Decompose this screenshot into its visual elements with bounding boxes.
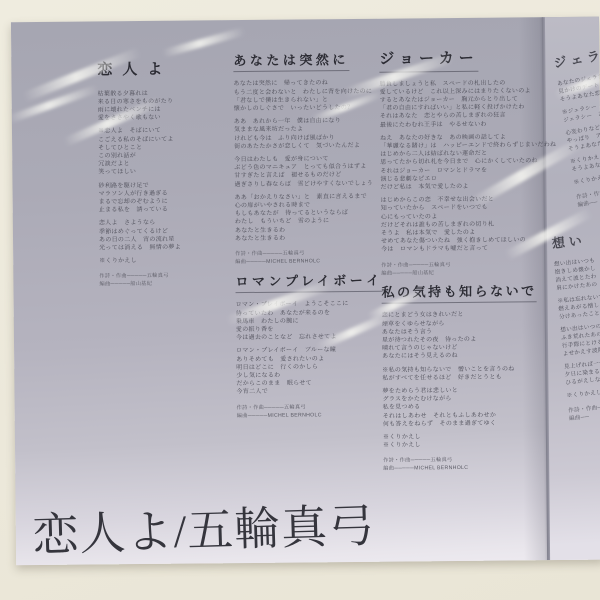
lyric-stanza: 勝負しましょうと私 スペードの札出したの愛しているけど これ以上深みにはまりたく… (379, 79, 531, 130)
lyric-stanza: 夢をためらう君は悲しいとグラスをかたむけながら私を見つめるそれはしあわせ それと… (382, 386, 544, 429)
lyric-stanza: 砂利路を駆け足でマラソン人が行き過ぎるまるで忘却のぞむように止まる私を 誘ってい… (98, 181, 240, 215)
song-title: ジェラ (552, 38, 600, 74)
lyric-line: 笑ってほしい (98, 167, 240, 177)
lyric-stanza: ああ「おかえりなさい」と 素直に言えるまで心の扉がいやされる時までもしもあなたが… (235, 192, 387, 243)
lyric-line: 今宵二人で (236, 387, 388, 397)
lyric-stanza: 今日はわたしも 愛が身についてぶどう色のマニキュア とっても似合うはずよ甘すぎた… (234, 155, 386, 189)
song-credits: 作詩・作曲─────五輪真弓編曲─────MICHEL BERNHOLC (235, 249, 387, 266)
lyric-stanza: 恋にとまどう女はきれいだと煙草をくゆらせながらあなたはそう言う星が待つれたその夜… (382, 310, 544, 361)
song-lyrics: ロマン・プレイボーイ ようこそここに待っていたわ あなたが来るのを乗馬車 わたし… (236, 300, 389, 397)
song-title: 恋人よ (97, 62, 172, 82)
sheet-footer-title: 恋人よ/五輪真弓 (32, 489, 377, 565)
song-omoi-partial: 想い 想い出はいつも抱きしめ懐かし消えて波とたわ肩にかけたあの※私は忘れないで燃… (550, 213, 600, 423)
credit-line: 編曲─────船山基紀 (381, 268, 533, 277)
lyric-line: 今は過去のことなど 忘れさせてよ (236, 333, 388, 343)
lyric-sheet-insert: ジェラ あなたのジェラシー見かけのデートもそうよあなた恋し※ジェラシー そんジェ… (11, 17, 600, 566)
lyric-stanza: ※くりかえし※くりかえし (383, 432, 545, 450)
lyric-stanza: 想い出はいつも抱きしめ懐かし消えて波とたわ肩にかけたあの (554, 252, 600, 293)
lyric-stanza: ※恋人よ そばにいてこごえる私のそばにいてよそしてひとことこの別れ話が冗談だよと… (98, 126, 240, 177)
credit-line: 編曲─────船山基紀 (99, 279, 241, 288)
lyric-stanza: あなたは突然に 帰ってきたのねもう二度と会わないと わたしに背を向けたのに「君な… (233, 79, 385, 113)
song-lyrics: あなたは突然に 帰ってきたのねもう二度と会わないと わたしに背を向けたのに「君な… (233, 79, 387, 243)
song-credits: 作詩・作曲─────五輪真弓編曲─────船山基紀 (381, 260, 533, 277)
lyric-stanza: ※私の気持も知らないで 憎いことを言うのね私がすべてを任せるほど 好きだとうとも (382, 365, 544, 383)
credit-line: 編曲─────MICHEL BERNHOLC (237, 410, 389, 419)
song-title: 私の気持も知らないで (381, 284, 536, 304)
song-title: あなたは突然に (233, 53, 349, 72)
lyric-line: 光っては消える 無情の夢よ (99, 243, 241, 253)
song-credits: 作詩・作曲─────五輪真弓編曲─────船山基紀 (99, 271, 241, 288)
lyric-stanza: 恋人よ さようなら季節はめぐってくるけどあの日の二人 宵の流れ星光っては消える … (99, 218, 241, 252)
credit-line: 編曲─────MICHEL BERNHOLC (235, 257, 387, 266)
lyric-stanza: ねえ あなたの好きな あの映画の話してよ「華麗なる賭け」は ハッピーエンドで終わ… (380, 133, 533, 192)
song-koibito-yo: 恋人よ 枯葉散る夕暮れは来る日の寒さをものがたり雨に壊れたベンチには愛をささやく… (97, 60, 241, 289)
lyric-line: 思ってたから切れ札を今日まで 心にかくしていたのね (380, 158, 532, 168)
lyric-line: 懐かしのしぐさで いったいどうしたの？ (234, 104, 386, 114)
lyric-line: ※くりかえし (99, 256, 241, 266)
lyric-line: ※くりかえし (383, 440, 545, 450)
lyric-line: 街のあたたかさが恋しくて 気づいたんだよ (234, 141, 386, 151)
lyric-stanza: ※くりかえし (99, 256, 241, 266)
song-title: ロマンプレイボーイ (235, 274, 383, 294)
lyric-stanza: 見上げれば一つ夕日に染まる空ひるがえしなん (564, 355, 600, 388)
lyric-stanza: ああ あれから一年 僕は自由になり気ままな風来坊だったよけれども今は ふり向けば… (234, 117, 386, 151)
lyric-stanza: 枯葉散る夕暮れは来る日の寒さをものがたり雨に壊れたベンチには愛をささやく歌もない (98, 89, 240, 123)
lyric-line: 過ぎさりし春ならば 雪どけやすくないでしょう (234, 179, 386, 189)
song-lyrics: 勝負しましょうと私 スペードの札出したの愛しているけど これ以上深みにはまりたく… (379, 79, 533, 255)
lyric-stanza: はじめからこの恋 不幸せな出会いだと知っていたから スペードをいつでも心にもって… (381, 195, 534, 254)
lyric-line: 何も答えをねらず そのまま過ぎてゆく (383, 419, 545, 429)
lyric-line: あなたと生きるわ (235, 233, 387, 243)
photo-background: ジェラ あなたのジェラシー見かけのデートもそうよあなた恋し※ジェラシー そんジェ… (0, 0, 600, 600)
lyric-stanza: ロマン・プレイボーイ ようこそここに待っていたわ あなたが来るのを乗馬車 わたし… (236, 300, 388, 342)
lyric-line: 止まる私を 誘っている (99, 205, 241, 215)
lyric-stanza: 想い出はいつのふき荒れたあの行手際にとけるよせかえす波際 (560, 318, 600, 359)
lyric-line: だけど私は 本気で愛したのよ (380, 182, 532, 192)
song-joker: ジョーカー 勝負しましょうと私 スペードの札出したの愛しているけど これ以上深み… (379, 49, 533, 277)
song-credits: 作詩・作曲─────五輪真弓編曲─────MICHEL BERNHOLC (383, 456, 545, 474)
song-jealousy-partial: ジェラ あなたのジェラシー見かけのデートもそうよあなた恋し※ジェラシー そんジェ… (550, 27, 600, 209)
song-lyrics: 枯葉散る夕暮れは来る日の寒さをものがたり雨に壊れたベンチには愛をささやく歌もない… (98, 89, 242, 266)
light-streak (11, 84, 99, 123)
song-lyrics: 恋にとまどう女はきれいだと煙草をくゆらせながらあなたはそう言う星が待つれたその夜… (382, 310, 545, 450)
song-watashi-no-kimochi: 私の気持も知らないで 恋にとまどう女はきれいだと煙草をくゆらせながらあなたはそう… (381, 282, 545, 473)
song-title: 想い (551, 224, 600, 254)
song-title: ジョーカー (379, 51, 479, 72)
song-roman-playboy: ロマンプレイボーイ ロマン・プレイボーイ ようこそここに待っていたわ あなたが来… (235, 272, 388, 420)
lyric-line: 私がすべてを任せるほど 好きだとうとも (382, 373, 544, 383)
lyric-line: 今は ロマンもドラマも嘘だと言って (381, 245, 533, 255)
song-lyrics: あなたのジェラシー見かけのデートもそうよあなた恋し※ジェラシー そんジェラシー … (557, 65, 600, 186)
folded-right-panel: ジェラ あなたのジェラシー見かけのデートもそうよあなた恋し※ジェラシー そんジェ… (545, 17, 600, 560)
lyric-stanza: ※私は忘れないで燃えあがる憎し分けあったこと (557, 289, 600, 322)
song-anata-wa-totsuzen-ni: あなたは突然に あなたは突然に 帰ってきたのねもう二度と会わないと わたしに背を… (233, 51, 387, 266)
lyric-line: ああ「おかえりなさい」と 素直に言えるまで (235, 192, 387, 202)
song-credits: 作詩・作曲─────五輪真弓編曲─────MICHEL BERNHOLC (237, 402, 389, 419)
lyric-line: もう二度と会わないと わたしに背を向けたのに (234, 87, 386, 97)
credit-line: 編曲─────MICHEL BERNHOLC (383, 464, 545, 474)
song-credits: 作詩・作曲──編曲── (568, 398, 600, 423)
lyric-line: あなたにはそう見えるのね (382, 351, 544, 361)
song-lyrics: 想い出はいつも抱きしめ懐かし消えて波とたわ肩にかけたあの※私は忘れないで燃えあが… (554, 252, 600, 400)
lyric-stanza: ロマン・プレイボーイ ブルーな瞳ありそめても 愛されたいのよ明日はどこに 行くの… (236, 346, 388, 397)
lyric-line: 愛をささやく歌もない (98, 113, 240, 123)
lyric-line: 最後にたわむれ王手は やるせないわ (380, 120, 532, 130)
